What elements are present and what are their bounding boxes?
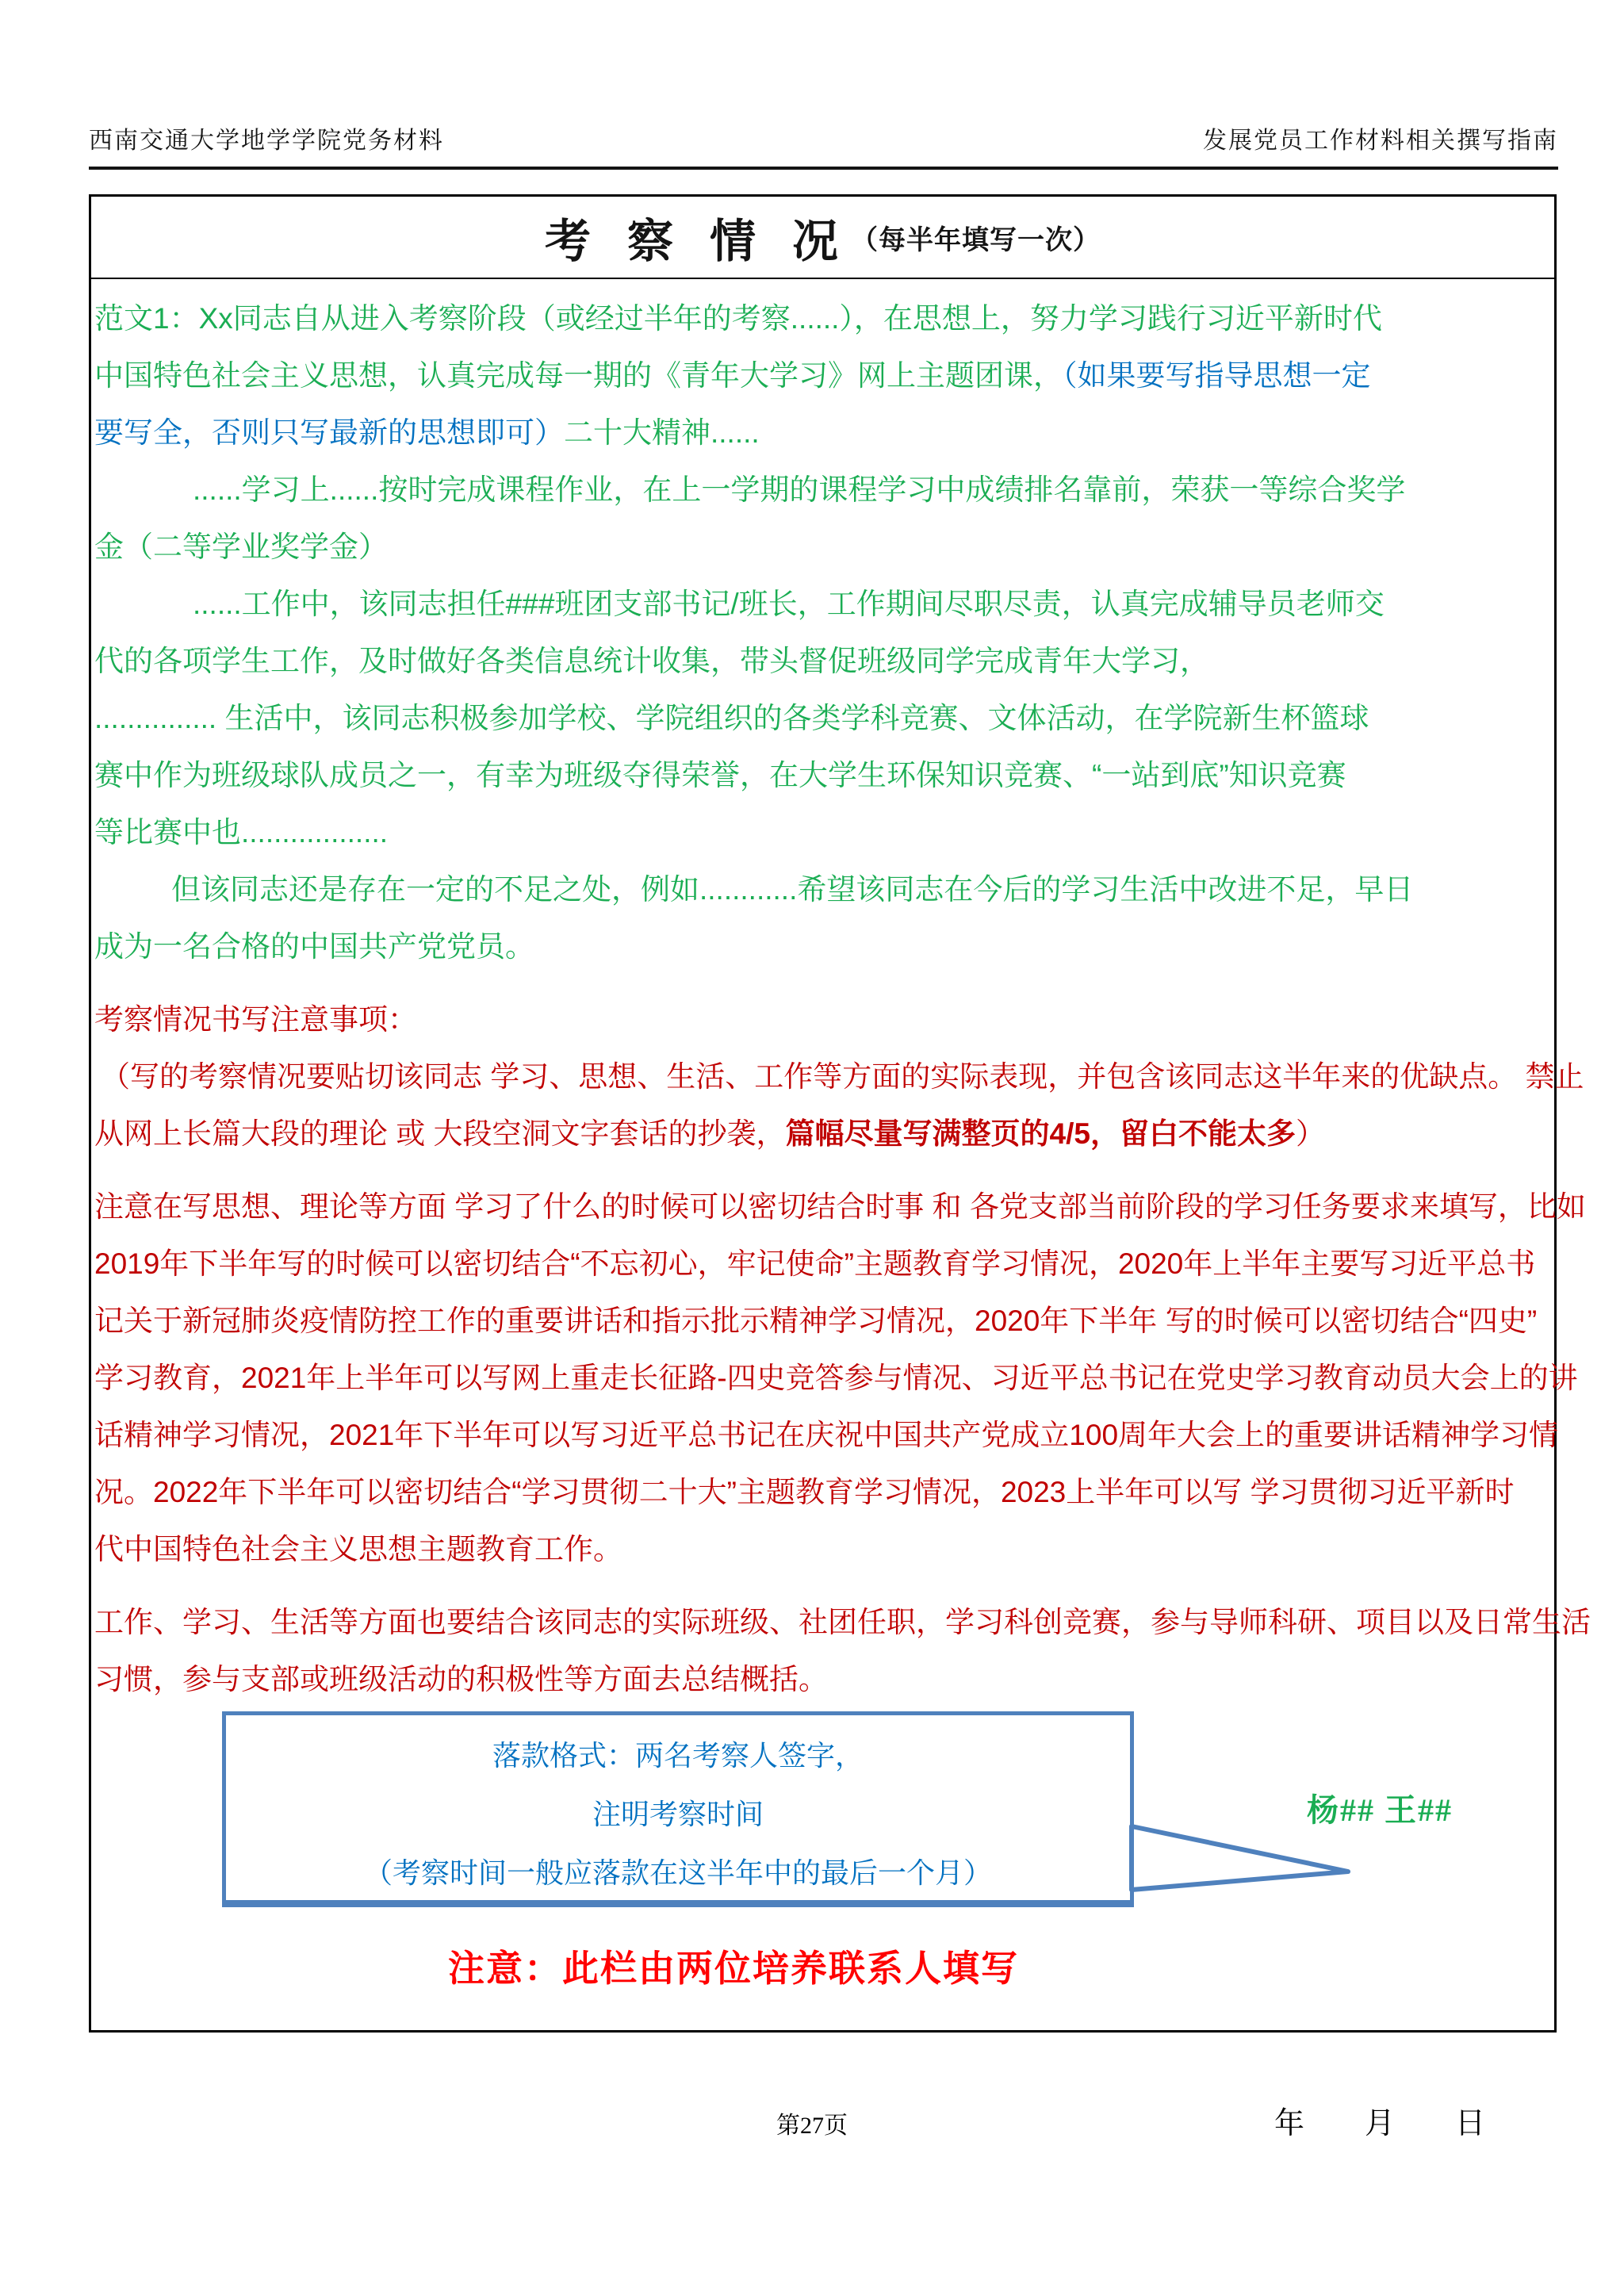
text-line: 等比赛中也.................. — [94, 804, 1551, 861]
text-line: 工作、学习、生活等方面也要结合该同志的实际班级、社团任职，学习科创竞赛，参与导师… — [94, 1594, 1551, 1651]
page-header: 西南交通大学地学学院党务材料 发展党员工作材料相关撰写指南 — [89, 121, 1558, 170]
text-line: 2019年下半年写的时候可以密切结合“不忘初心，牢记使命”主题教育学习情况，20… — [94, 1236, 1551, 1293]
text-line: 从网上长篇大段的理论 或 大段空洞文字套话的抄袭，篇幅尽量写满整页的4/5，留白… — [94, 1105, 1551, 1163]
text-segment: 范文1：Xx同志自从进入考察阶段（或经过半年的考察......），在思想上，努力… — [94, 302, 1382, 335]
text-segment: 篇幅尽量写满整页的4/5，留白不能太多 — [786, 1117, 1296, 1150]
header-right-text: 发展党员工作材料相关撰写指南 — [1203, 121, 1558, 155]
text-segment: 赛中作为班级球队成员之一，有幸为班级夺得荣誉，在大学生环保知识竞赛、“一站到底”… — [94, 759, 1346, 791]
callout-line: （考察时间一般应落款在这半年中的最后一个月） — [226, 1844, 1130, 1902]
text-line: 要写全，否则只写最新的思想即可）二十大精神...... — [94, 404, 1551, 462]
text-line: 学习教育，2021年上半年可以写网上重走长征路-四史竞答参与情况、习近平总书记在… — [94, 1350, 1551, 1407]
text-segment: 等比赛中也.................. — [94, 816, 388, 849]
text-segment: 二十大精神...... — [564, 416, 760, 449]
text-segment: 2019年下半年写的时候可以密切结合“不忘初心，牢记使命”主题教育学习情况，20… — [94, 1247, 1535, 1280]
text-line: 赛中作为班级球队成员之一，有幸为班级夺得荣誉，在大学生环保知识竞赛、“一站到底”… — [94, 747, 1551, 804]
text-line: 习惯，参与支部或班级活动的积极性等方面去总结概括。 — [94, 1651, 1551, 1708]
text-line: 代中国特色社会主义思想主题教育工作。 — [94, 1521, 1551, 1578]
text-line: 注意在写思想、理论等方面 学习了什么的时候可以密切结合时事 和 各党支部当前阶段… — [94, 1178, 1551, 1236]
text-segment: 代中国特色社会主义思想主题教育工作。 — [94, 1533, 622, 1565]
text-segment: ......学习上......按时完成课程作业，在上一学期的课程学习中成绩排名靠… — [193, 473, 1405, 506]
document-page: { "header": { "left": "西南交通大学地学学院党务材料", … — [0, 0, 1624, 2295]
text-segment: 代的各项学生工作，及时做好各类信息统计收集，带头督促班级同学完成青年大学习， — [94, 645, 1209, 677]
text-segment: 记关于新冠肺炎疫情防控工作的重要讲话和指示批示精神学习情况，2020年下半年 写… — [94, 1305, 1537, 1337]
text-segment: 金（二等学业奖学金） — [94, 531, 388, 563]
text-line: 范文1：Xx同志自从进入考察阶段（或经过半年的考察......），在思想上，努力… — [94, 290, 1551, 347]
page-number: 第27页 — [0, 2105, 1624, 2140]
text-segment: 但该同志还是存在一定的不足之处，例如............希望该同志在今后的学… — [171, 873, 1413, 906]
body-lines: 范文1：Xx同志自从进入考察阶段（或经过半年的考察......），在思想上，努力… — [94, 290, 1551, 1708]
signature-format-callout: 落款格式：两名考察人签字，注明考察时间（考察时间一般应落款在这半年中的最后一个月… — [222, 1711, 1134, 1907]
text-segment: 工作、学习、生活等方面也要结合该同志的实际班级、社团任职，学习科创竞赛，参与导师… — [94, 1606, 1591, 1638]
text-line: 金（二等学业奖学金） — [94, 519, 1551, 576]
text-segment: 要写全，否则只写最新的思想即可） — [94, 416, 564, 449]
text-segment: 习惯，参与支部或班级活动的积极性等方面去总结概括。 — [94, 1663, 828, 1695]
text-segment: （写的考察情况要贴切该同志 学习、思想、生活、工作等方面的实际表现，并包含该同志… — [101, 1060, 1584, 1093]
text-line: （写的考察情况要贴切该同志 学习、思想、生活、工作等方面的实际表现，并包含该同志… — [94, 1048, 1551, 1105]
form-title: 考察情况 — [545, 204, 875, 270]
text-segment: ） — [1296, 1117, 1325, 1150]
text-segment: 成为一名合格的中国共产党党员。 — [94, 930, 534, 963]
text-line: ............... 生活中，该同志积极参加学校、学院组织的各类学科竞… — [94, 690, 1551, 747]
text-segment: 从网上长篇大段的理论 或 大段空洞文字套话的抄袭， — [94, 1117, 786, 1150]
text-segment: ............... 生活中，该同志积极参加学校、学院组织的各类学科竞… — [94, 702, 1369, 734]
text-line: 中国特色社会主义思想，认真完成每一期的《青年大学习》网上主题团课，（如果要写指导… — [94, 347, 1551, 404]
text-segment: 注意在写思想、理论等方面 学习了什么的时候可以密切结合时事 和 各党支部当前阶段… — [94, 1190, 1586, 1223]
text-segment: 话精神学习情况，2021年下半年可以写习近平总书记在庆祝中国共产党成立100周年… — [94, 1419, 1558, 1451]
text-line: 考察情况书写注意事项： — [94, 991, 1551, 1048]
callout-line: 落款格式：两名考察人签字， — [226, 1726, 1130, 1785]
callout-pointer-icon — [1127, 1820, 1365, 1899]
callout-body: 落款格式：两名考察人签字，注明考察时间（考察时间一般应落款在这半年中的最后一个月… — [226, 1726, 1130, 1902]
text-segment: 中国特色社会主义思想，认真完成每一期的《青年大学习》网上主题团课， — [94, 359, 1063, 392]
callout-line: 注明考察时间 — [226, 1785, 1130, 1844]
text-segment: 考察情况书写注意事项： — [94, 1003, 417, 1036]
text-segment: 学习教育，2021年上半年可以写网上重走长征路-四史竞答参与情况、习近平总书记在… — [94, 1362, 1578, 1394]
text-segment: ......工作中，该同志担任###班团支部书记/班长，工作期间尽职尽责，认真完… — [193, 588, 1385, 620]
warning-note: 注意：此栏由两位培养联系人填写 — [337, 1940, 1130, 1992]
form-title-row: 考察情况 （每半年填写一次） — [91, 197, 1554, 279]
header-left-text: 西南交通大学地学学院党务材料 — [89, 121, 444, 155]
text-segment: （如果要写指导思想一定 — [1063, 359, 1371, 392]
text-line: 况。2022年下半年可以密切结合“学习贯彻二十大”主题教育学习情况，2023上半… — [94, 1464, 1551, 1521]
examiner-signatures: 杨## 王## — [1221, 1785, 1538, 1830]
text-line: 成为一名合格的中国共产党党员。 — [94, 918, 1551, 975]
text-line: 但该同志还是存在一定的不足之处，例如............希望该同志在今后的学… — [94, 861, 1551, 918]
text-line: 记关于新冠肺炎疫情防控工作的重要讲话和指示批示精神学习情况，2020年下半年 写… — [94, 1293, 1551, 1350]
text-line: ......工作中，该同志担任###班团支部书记/班长，工作期间尽职尽责，认真完… — [94, 576, 1551, 633]
form-title-note: （每半年填写一次） — [851, 218, 1101, 257]
text-line: ......学习上......按时完成课程作业，在上一学期的课程学习中成绩排名靠… — [94, 462, 1551, 519]
inspection-form-box: 考察情况 （每半年填写一次） 范文1：Xx同志自从进入考察阶段（或经过半年的考察… — [89, 194, 1557, 2033]
text-line: 代的各项学生工作，及时做好各类信息统计收集，带头督促班级同学完成青年大学习， — [94, 633, 1551, 690]
text-line: 话精神学习情况，2021年下半年可以写习近平总书记在庆祝中国共产党成立100周年… — [94, 1407, 1551, 1464]
text-segment: 况。2022年下半年可以密切结合“学习贯彻二十大”主题教育学习情况，2023上半… — [94, 1476, 1515, 1508]
